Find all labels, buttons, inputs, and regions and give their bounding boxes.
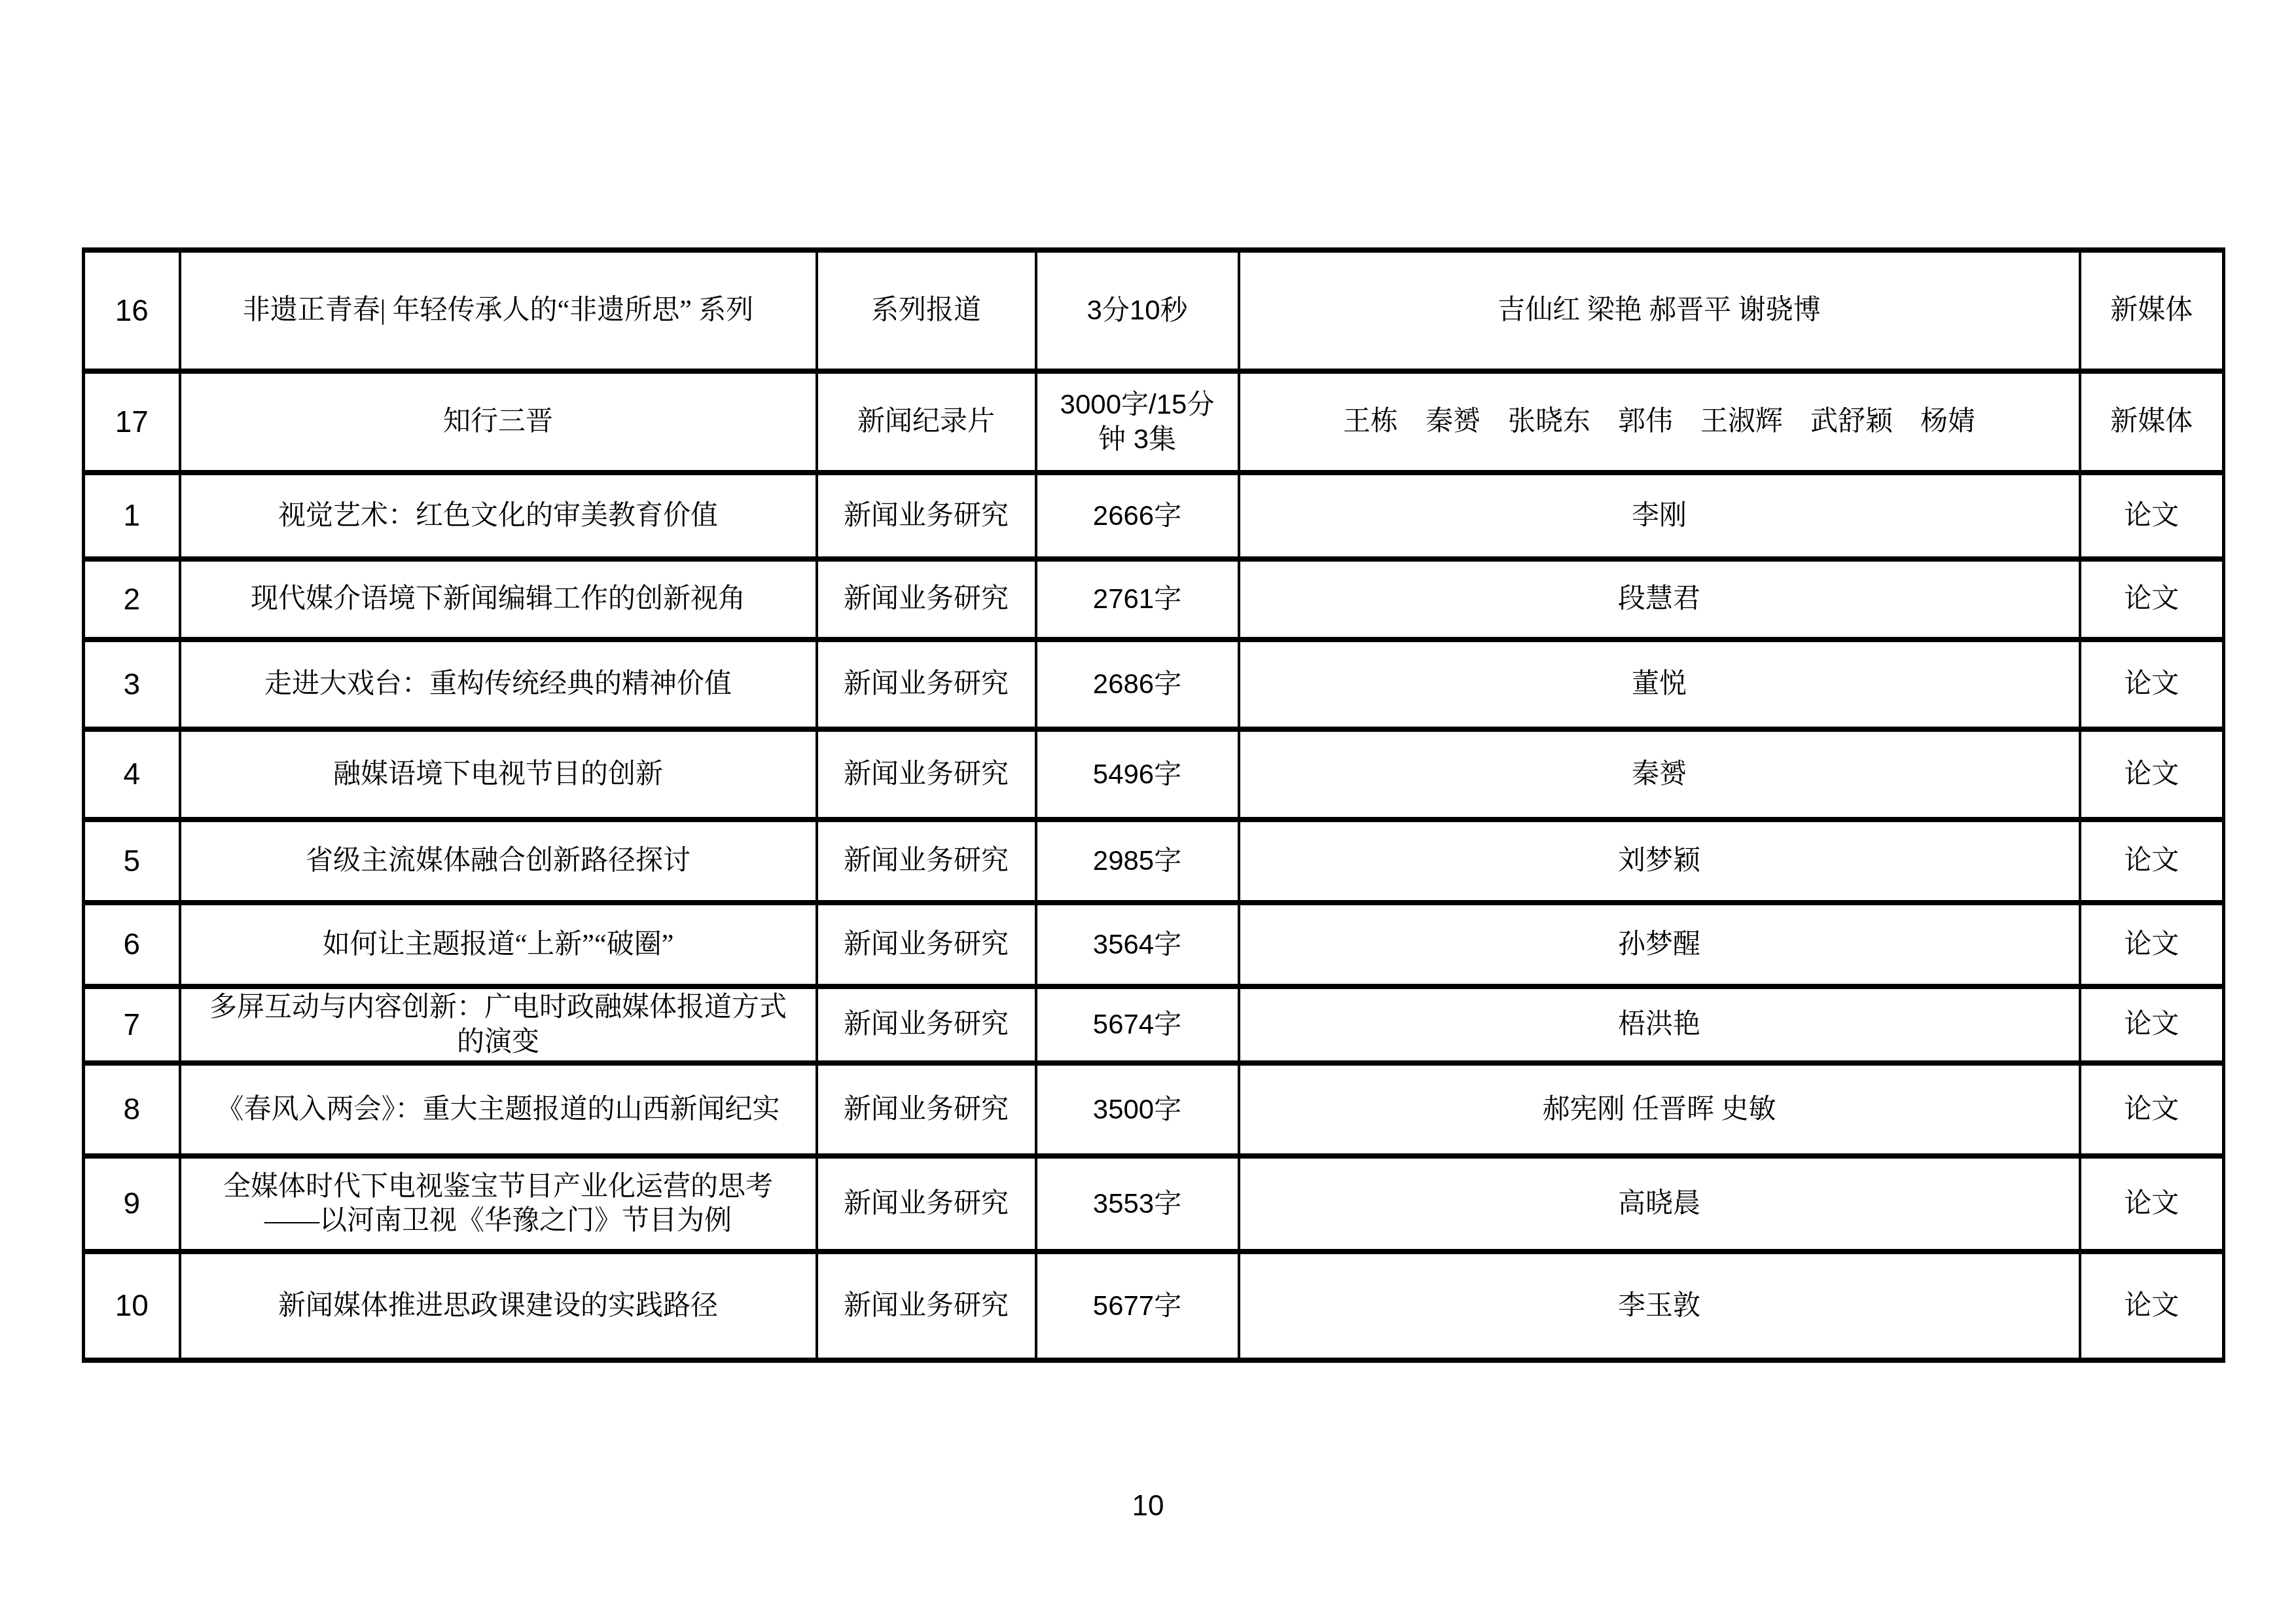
- cell-type: 新闻业务研究: [817, 986, 1036, 1063]
- cell-category: 论文: [2080, 473, 2224, 559]
- cell-authors: 段慧君: [1239, 559, 2080, 640]
- cell-title: 如何让主题报道“上新”“破圈”: [180, 903, 817, 986]
- cell-authors: 王栋 秦赟 张晓东 郭伟 王淑辉 武舒颖 杨婧: [1239, 371, 2080, 473]
- cell-length: 3500字: [1036, 1063, 1239, 1156]
- cell-title: 视觉艺术：红色文化的审美教育价值: [180, 473, 817, 559]
- cell-type: 新闻业务研究: [817, 1063, 1036, 1156]
- works-table: 16 非遗正青春| 年轻传承人的“非遗所思” 系列 系列报道 3分10秒 吉仙红…: [82, 247, 2225, 1363]
- table-row: 5 省级主流媒体融合创新路径探讨 新闻业务研究 2985字 刘梦颖 论文: [84, 820, 2224, 903]
- cell-authors: 吉仙红 梁艳 郝晋平 谢骁博: [1239, 250, 2080, 371]
- cell-length: 3553字: [1036, 1156, 1239, 1252]
- cell-type: 新闻业务研究: [817, 473, 1036, 559]
- table-row: 16 非遗正青春| 年轻传承人的“非遗所思” 系列 系列报道 3分10秒 吉仙红…: [84, 250, 2224, 371]
- cell-title: 《春风入两会》：重大主题报道的山西新闻纪实: [180, 1063, 817, 1156]
- cell-length: 5496字: [1036, 729, 1239, 820]
- cell-title: 多屏互动与内容创新：广电时政融媒体报道方式 的演变: [180, 986, 817, 1063]
- cell-no: 7: [84, 986, 180, 1063]
- cell-authors: 高晓晨: [1239, 1156, 2080, 1252]
- cell-authors: 孙梦醒: [1239, 903, 2080, 986]
- table-row: 9 全媒体时代下电视鉴宝节目产业化运营的思考 ——以河南卫视《华豫之门》节目为例…: [84, 1156, 2224, 1252]
- cell-title: 现代媒介语境下新闻编辑工作的创新视角: [180, 559, 817, 640]
- cell-no: 3: [84, 640, 180, 729]
- table-row: 2 现代媒介语境下新闻编辑工作的创新视角 新闻业务研究 2761字 段慧君 论文: [84, 559, 2224, 640]
- cell-authors: 李刚: [1239, 473, 2080, 559]
- cell-no: 2: [84, 559, 180, 640]
- table-row: 10 新闻媒体推进思政课建设的实践路径 新闻业务研究 5677字 李玉敦 论文: [84, 1252, 2224, 1360]
- cell-authors: 李玉敦: [1239, 1252, 2080, 1360]
- cell-type: 新闻纪录片: [817, 371, 1036, 473]
- cell-length: 2666字: [1036, 473, 1239, 559]
- cell-authors: 刘梦颖: [1239, 820, 2080, 903]
- cell-length: 2761字: [1036, 559, 1239, 640]
- cell-authors: 董悦: [1239, 640, 2080, 729]
- table-row: 8 《春风入两会》：重大主题报道的山西新闻纪实 新闻业务研究 3500字 郝宪刚…: [84, 1063, 2224, 1156]
- cell-type: 系列报道: [817, 250, 1036, 371]
- table-row: 4 融媒语境下电视节目的创新 新闻业务研究 5496字 秦赟 论文: [84, 729, 2224, 820]
- cell-title: 新闻媒体推进思政课建设的实践路径: [180, 1252, 817, 1360]
- cell-no: 6: [84, 903, 180, 986]
- cell-type: 新闻业务研究: [817, 1252, 1036, 1360]
- cell-category: 论文: [2080, 640, 2224, 729]
- table-row: 17 知行三晋 新闻纪录片 3000字/15分 钟 3集 王栋 秦赟 张晓东 郭…: [84, 371, 2224, 473]
- cell-no: 1: [84, 473, 180, 559]
- cell-category: 论文: [2080, 820, 2224, 903]
- cell-type: 新闻业务研究: [817, 640, 1036, 729]
- cell-length: 3000字/15分 钟 3集: [1036, 371, 1239, 473]
- cell-no: 4: [84, 729, 180, 820]
- cell-category: 新媒体: [2080, 250, 2224, 371]
- cell-category: 论文: [2080, 986, 2224, 1063]
- cell-authors: 梧洪艳: [1239, 986, 2080, 1063]
- cell-type: 新闻业务研究: [817, 820, 1036, 903]
- cell-length: 5677字: [1036, 1252, 1239, 1360]
- cell-category: 论文: [2080, 1252, 2224, 1360]
- cell-category: 新媒体: [2080, 371, 2224, 473]
- cell-length: 5674字: [1036, 986, 1239, 1063]
- cell-type: 新闻业务研究: [817, 903, 1036, 986]
- cell-no: 8: [84, 1063, 180, 1156]
- cell-type: 新闻业务研究: [817, 1156, 1036, 1252]
- cell-category: 论文: [2080, 1156, 2224, 1252]
- cell-category: 论文: [2080, 1063, 2224, 1156]
- cell-type: 新闻业务研究: [817, 559, 1036, 640]
- cell-title: 融媒语境下电视节目的创新: [180, 729, 817, 820]
- cell-authors: 秦赟: [1239, 729, 2080, 820]
- cell-authors: 郝宪刚 任晋晖 史敏: [1239, 1063, 2080, 1156]
- cell-title: 全媒体时代下电视鉴宝节目产业化运营的思考 ——以河南卫视《华豫之门》节目为例: [180, 1156, 817, 1252]
- table-row: 1 视觉艺术：红色文化的审美教育价值 新闻业务研究 2666字 李刚 论文: [84, 473, 2224, 559]
- cell-type: 新闻业务研究: [817, 729, 1036, 820]
- document-page: 16 非遗正青春| 年轻传承人的“非遗所思” 系列 系列报道 3分10秒 吉仙红…: [0, 0, 2296, 1624]
- cell-title: 知行三晋: [180, 371, 817, 473]
- cell-no: 17: [84, 371, 180, 473]
- cell-length: 3564字: [1036, 903, 1239, 986]
- page-number: 10: [0, 1490, 2296, 1523]
- cell-title: 走进大戏台：重构传统经典的精神价值: [180, 640, 817, 729]
- table-row: 6 如何让主题报道“上新”“破圈” 新闻业务研究 3564字 孙梦醒 论文: [84, 903, 2224, 986]
- cell-title: 非遗正青春| 年轻传承人的“非遗所思” 系列: [180, 250, 817, 371]
- cell-category: 论文: [2080, 559, 2224, 640]
- cell-no: 9: [84, 1156, 180, 1252]
- cell-no: 10: [84, 1252, 180, 1360]
- table-row: 3 走进大戏台：重构传统经典的精神价值 新闻业务研究 2686字 董悦 论文: [84, 640, 2224, 729]
- cell-category: 论文: [2080, 729, 2224, 820]
- cell-title: 省级主流媒体融合创新路径探讨: [180, 820, 817, 903]
- cell-length: 2985字: [1036, 820, 1239, 903]
- cell-length: 2686字: [1036, 640, 1239, 729]
- cell-category: 论文: [2080, 903, 2224, 986]
- cell-length: 3分10秒: [1036, 250, 1239, 371]
- table-row: 7 多屏互动与内容创新：广电时政融媒体报道方式 的演变 新闻业务研究 5674字…: [84, 986, 2224, 1063]
- cell-no: 16: [84, 250, 180, 371]
- cell-no: 5: [84, 820, 180, 903]
